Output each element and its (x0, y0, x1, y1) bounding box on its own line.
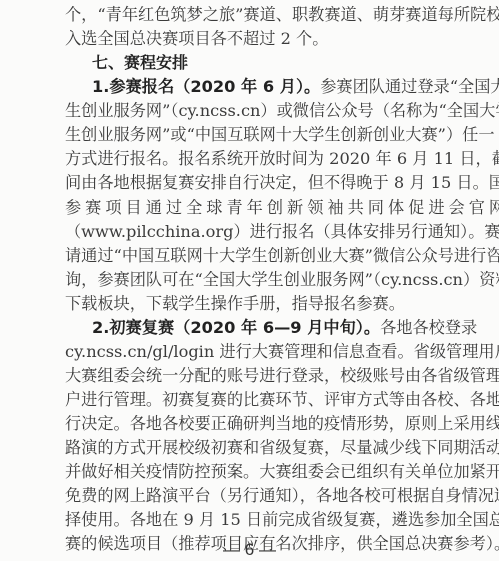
item-1-line: 1.参赛报名（2020 年 6 月）。参赛团队通过登录“全国大学 (92, 75, 433, 99)
section-heading: 七、赛程安排 (92, 51, 292, 75)
item-2-line: 2.初赛复赛（2020 年 6—9 月中旬）。各地各校登录 (92, 316, 433, 340)
text-line: 请通过“中国互联网十大学生创新创业大赛”微信公众号进行咨 (65, 244, 433, 268)
text-span: 各地各校登录 (380, 318, 477, 337)
text-line: 入选全国总决赛项目各不超过 2 个。 (65, 27, 433, 51)
text-span: 参赛团队通过登录“全国大学 (320, 77, 499, 96)
document-page: 个，“青年红色筑梦之旅”赛道、职教赛道、萌芽赛道每所院校 入选全国总决赛项目各不… (0, 0, 499, 561)
item-2-title: 2.初赛复赛（2020 年 6—9 月中旬）。 (92, 318, 380, 337)
text-line: 间由各地根据复赛安排自行决定，但不得晚于 8 月 15 日。国际 (65, 171, 433, 195)
text-line: 询，参赛团队可在“全国大学生创业服务网”（cy.ncss.cn）资料 (65, 268, 433, 292)
text-line: 路演的方式开展校级初赛和省级复赛，尽量减少线下同期活动， (65, 436, 433, 460)
text-line: 下载板块，下载学生操作手册，指导报名参赛。 (65, 292, 433, 316)
text-line: 个，“青年红色筑梦之旅”赛道、职教赛道、萌芽赛道每所院校 (65, 3, 433, 27)
text-line: 并做好相关疫情防控预案。大赛组委会已组织有关单位加紧开发 (65, 460, 433, 484)
text-line: 大赛组委会统一分配的账号进行登录，校级账号由各省级管理用 (65, 364, 433, 388)
text-line: 生创业服务网”或“中国互联网十大学生创新创业大赛”）任一 (65, 123, 433, 147)
text-line: 户进行管理。初赛复赛的比赛环节、评审方式等由各校、各地自 (65, 388, 433, 412)
text-line: 生创业服务网”（cy.ncss.cn）或微信公众号（名称为“全国大学 (65, 99, 433, 123)
text-line: 方式进行报名。报名系统开放时间为 2020 年 6 月 11 日，截止时 (65, 147, 433, 171)
page-number: — 6 — (0, 538, 499, 561)
text-line: 参赛项目通过全球青年创新领袖共同体促进会官网 (65, 196, 433, 220)
text-line: cy.ncss.cn/gl/login 进行大赛管理和信息查看。省级管理用户使用 (65, 340, 433, 364)
item-1-title: 1.参赛报名（2020 年 6 月）。 (92, 77, 320, 96)
text-line: 行决定。各地各校要正确研判当地的疫情形势，原则上采用线上 (65, 412, 433, 436)
text-line: 择使用。各地在 9 月 15 日前完成省级复赛，遴选参加全国总决 (65, 508, 433, 532)
text-line: （www.pilcchina.org）进行报名（具体安排另行通知）。赛事咨询 (65, 220, 433, 244)
text-line: 免费的网上路演平台（另行通知），各地各校可根据自身情况选 (65, 484, 433, 508)
